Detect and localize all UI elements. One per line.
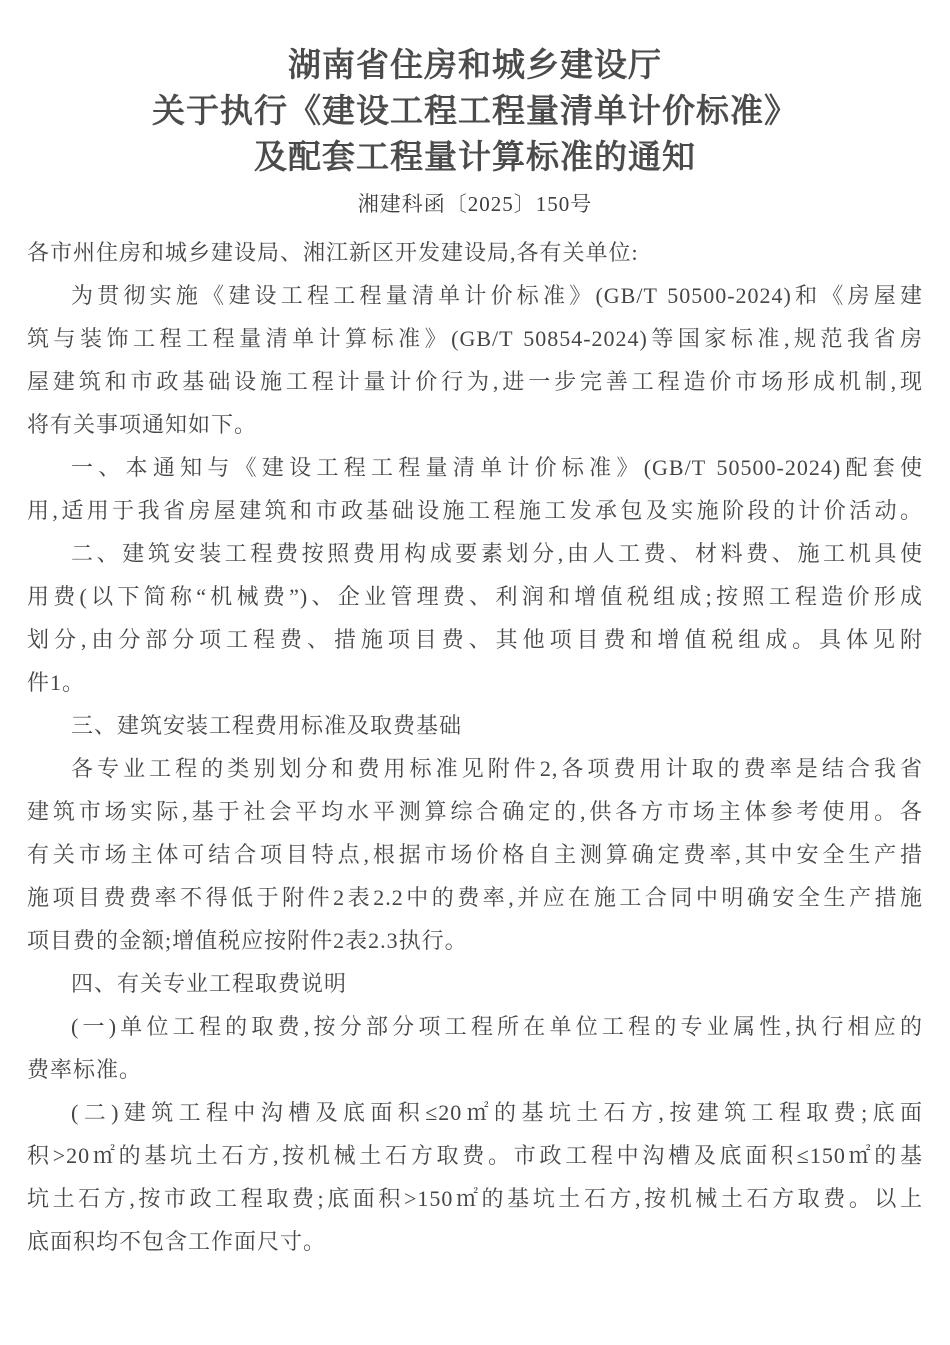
doc-title-line-1: 湖南省住房和城乡建设厅 — [0, 42, 950, 88]
body-line: (一)单位工程的取费,按分部分项工程所在单位工程的专业属性,执行相应的 — [27, 1005, 923, 1048]
body-line: 一、本通知与《建设工程工程量清单计价标准》(GB/T 50500-2024)配套… — [27, 446, 923, 489]
body-line: 底面积均不包含工作面尺寸。 — [27, 1220, 923, 1263]
doc-title-line-2: 关于执行《建设工程工程量清单计价标准》 — [0, 88, 950, 134]
body-line: 为贯彻实施《建设工程工程量清单计价标准》(GB/T 50500-2024)和《房… — [27, 274, 923, 317]
doc-number: 湘建科函〔2025〕150号 — [0, 189, 950, 219]
doc-title-line-3: 及配套工程量计算标准的通知 — [0, 134, 950, 180]
body-line: 施项目费费率不得低于附件2表2.2中的费率,并应在施工合同中明确安全生产措施 — [27, 876, 923, 919]
notice-document-page: 湖南省住房和城乡建设厅 关于执行《建设工程工程量清单计价标准》 及配套工程量计算… — [0, 0, 950, 1345]
body-line: 筑与装饰工程工程量清单计算标准》(GB/T 50854-2024)等国家标准,规… — [27, 317, 923, 360]
body-line: 二、建筑安装工程费按照费用构成要素划分,由人工费、材料费、施工机具使 — [27, 532, 923, 575]
body-line: 建筑市场实际,基于社会平均水平测算综合确定的,供各方市场主体参考使用。各 — [27, 790, 923, 833]
body-line: (二)建筑工程中沟槽及底面积≤20㎡的基坑土石方,按建筑工程取费;底面 — [27, 1091, 923, 1134]
body-line: 将有关事项通知如下。 — [27, 403, 923, 446]
body-line: 划分,由分部分项工程费、措施项目费、其他项目费和增值税组成。具体见附 — [27, 618, 923, 661]
notice-body: 各市州住房和城乡建设局、湘江新区开发建设局,各有关单位: 为贯彻实施《建设工程工… — [0, 231, 950, 1263]
body-line: 积>20㎡的基坑土石方,按机械土石方取费。市政工程中沟槽及底面积≤150㎡的基 — [27, 1134, 923, 1177]
body-line: 用费(以下简称“机械费”)、企业管理费、利润和增值税组成;按照工程造价形成 — [27, 575, 923, 618]
body-line: 项目费的金额;增值税应按附件2表2.3执行。 — [27, 919, 923, 962]
body-line: 各专业工程的类别划分和费用标准见附件2,各项费用计取的费率是结合我省 — [27, 747, 923, 790]
body-line: 有关市场主体可结合项目特点,根据市场价格自主测算确定费率,其中安全生产措 — [27, 833, 923, 876]
section-heading-4: 四、有关专业工程取费说明 — [27, 962, 923, 1005]
notice-header: 湖南省住房和城乡建设厅 关于执行《建设工程工程量清单计价标准》 及配套工程量计算… — [0, 0, 950, 219]
body-line: 件1。 — [27, 661, 923, 704]
body-line: 用,适用于我省房屋建筑和市政基础设施工程施工发承包及实施阶段的计价活动。 — [27, 489, 923, 532]
salutation-line: 各市州住房和城乡建设局、湘江新区开发建设局,各有关单位: — [27, 231, 923, 274]
body-line: 费率标准。 — [27, 1048, 923, 1091]
section-heading-3: 三、建筑安装工程费用标准及取费基础 — [27, 704, 923, 747]
body-line: 坑土石方,按市政工程取费;底面积>150㎡的基坑土石方,按机械土石方取费。以上 — [27, 1177, 923, 1220]
body-line: 屋建筑和市政基础设施工程计量计价行为,进一步完善工程造价市场形成机制,现 — [27, 360, 923, 403]
